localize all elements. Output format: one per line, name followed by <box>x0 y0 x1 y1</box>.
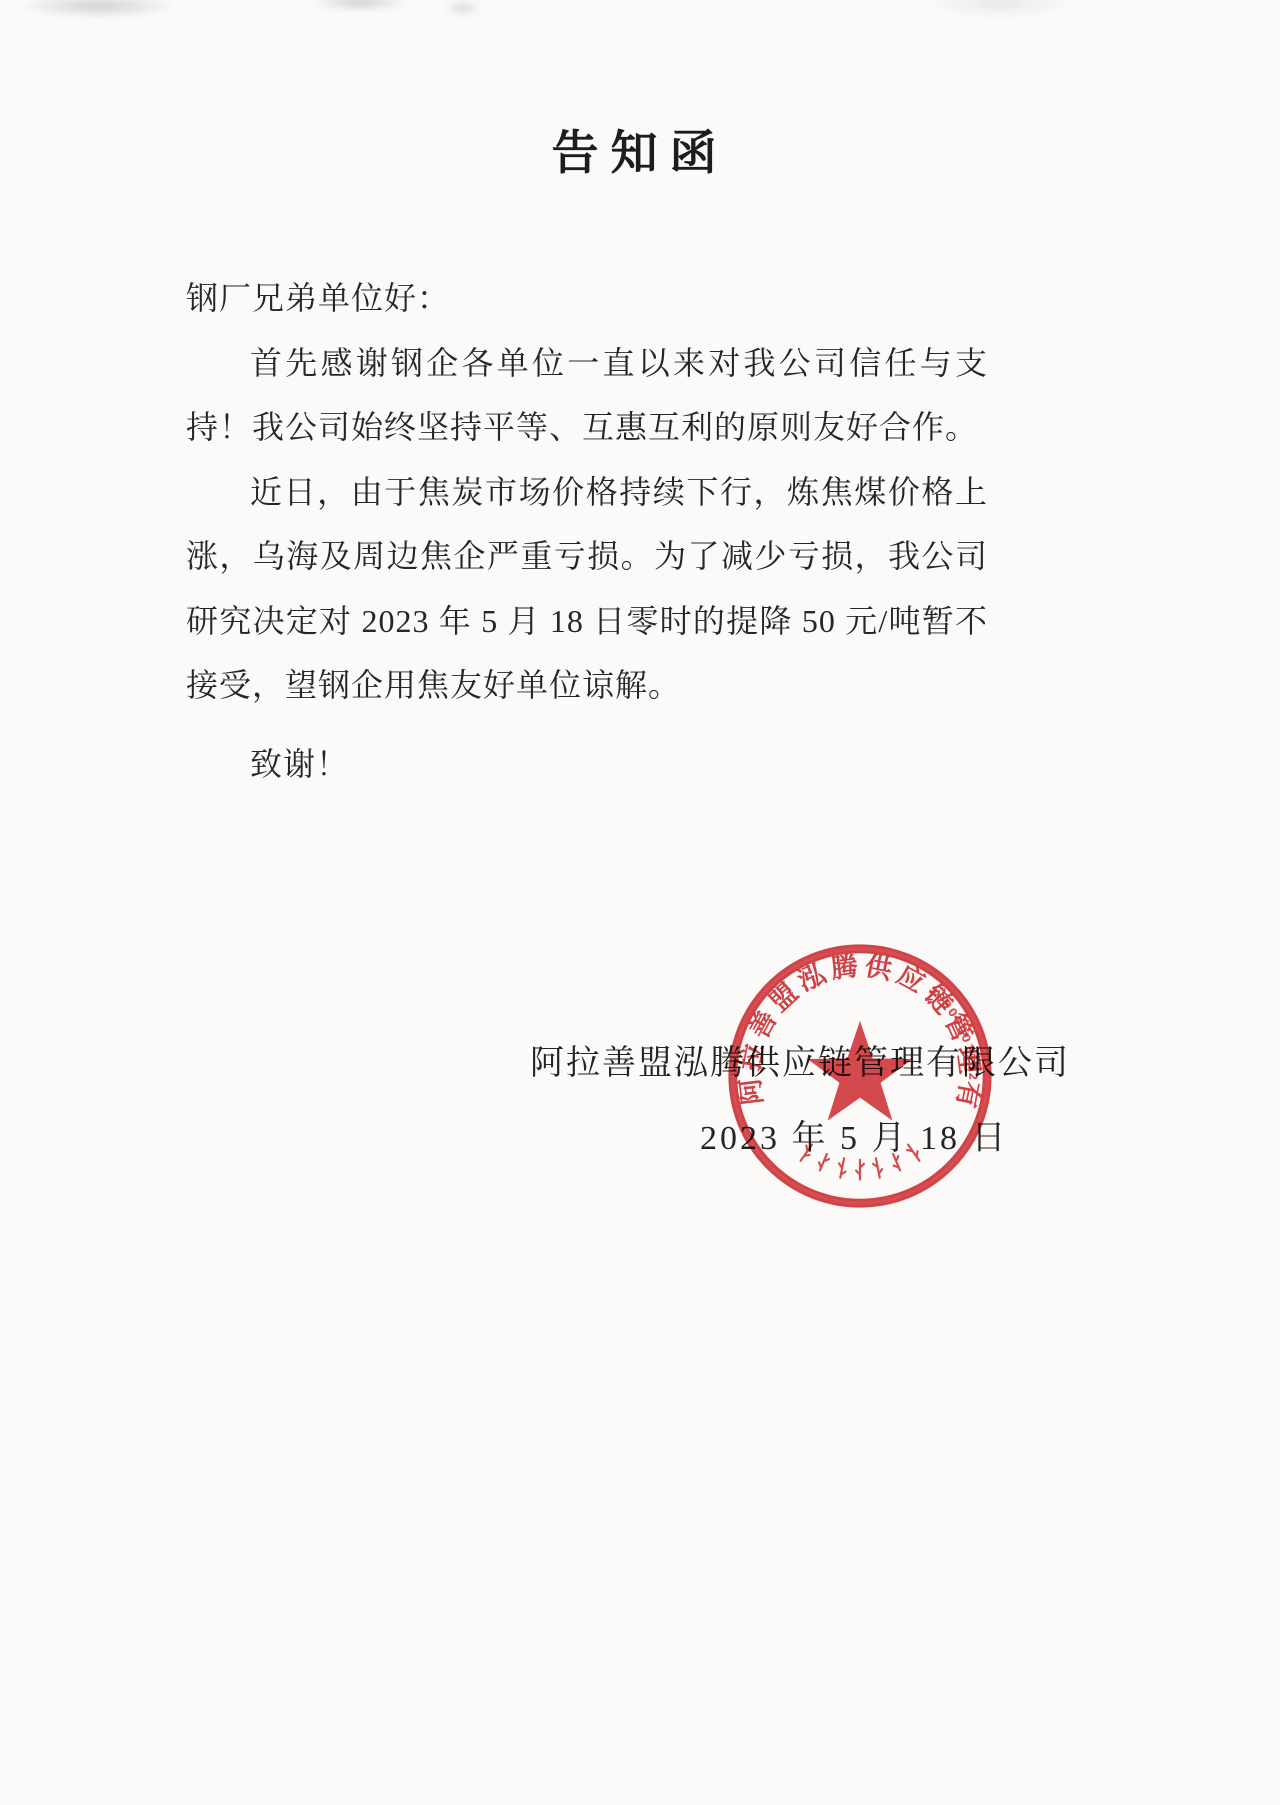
scan-artifact <box>444 0 482 16</box>
salutation: 钢厂兄弟单位好： <box>186 266 988 331</box>
scan-artifact <box>312 0 408 12</box>
signature-company: 阿拉善盟泓腾供应链管理有限公司 <box>530 1035 1070 1084</box>
seal-ring-text: 阿拉善盟泓腾供应链管理有限公司 <box>722 938 986 1115</box>
letter-page: 告知函 钢厂兄弟单位好： 首先感谢钢企各单位一直以来对我公司信任与支持！我公司始… <box>0 0 1280 1805</box>
signature-date: 2023 年 5 月 18 日 <box>700 1110 1009 1159</box>
letter-title: 告知函 <box>0 116 1280 183</box>
seal-ring-text-wrap: 阿拉善盟泓腾供应链管理有限公司 <box>722 938 986 1115</box>
letter-body: 钢厂兄弟单位好： 首先感谢钢企各单位一直以来对我公司信任与支持！我公司始终坚持平… <box>186 266 988 796</box>
paragraph-2: 近日，由于焦炭市场价格持续下行，炼焦煤价格上涨，乌海及周边焦企严重亏损。为了减少… <box>186 460 988 718</box>
paragraph-thanks: 致谢！ <box>186 732 988 797</box>
paragraph-1: 首先感谢钢企各单位一直以来对我公司信任与支持！我公司始终坚持平等、互惠互利的原则… <box>186 331 988 460</box>
scan-artifact <box>930 0 1070 18</box>
scan-artifact <box>18 0 178 18</box>
